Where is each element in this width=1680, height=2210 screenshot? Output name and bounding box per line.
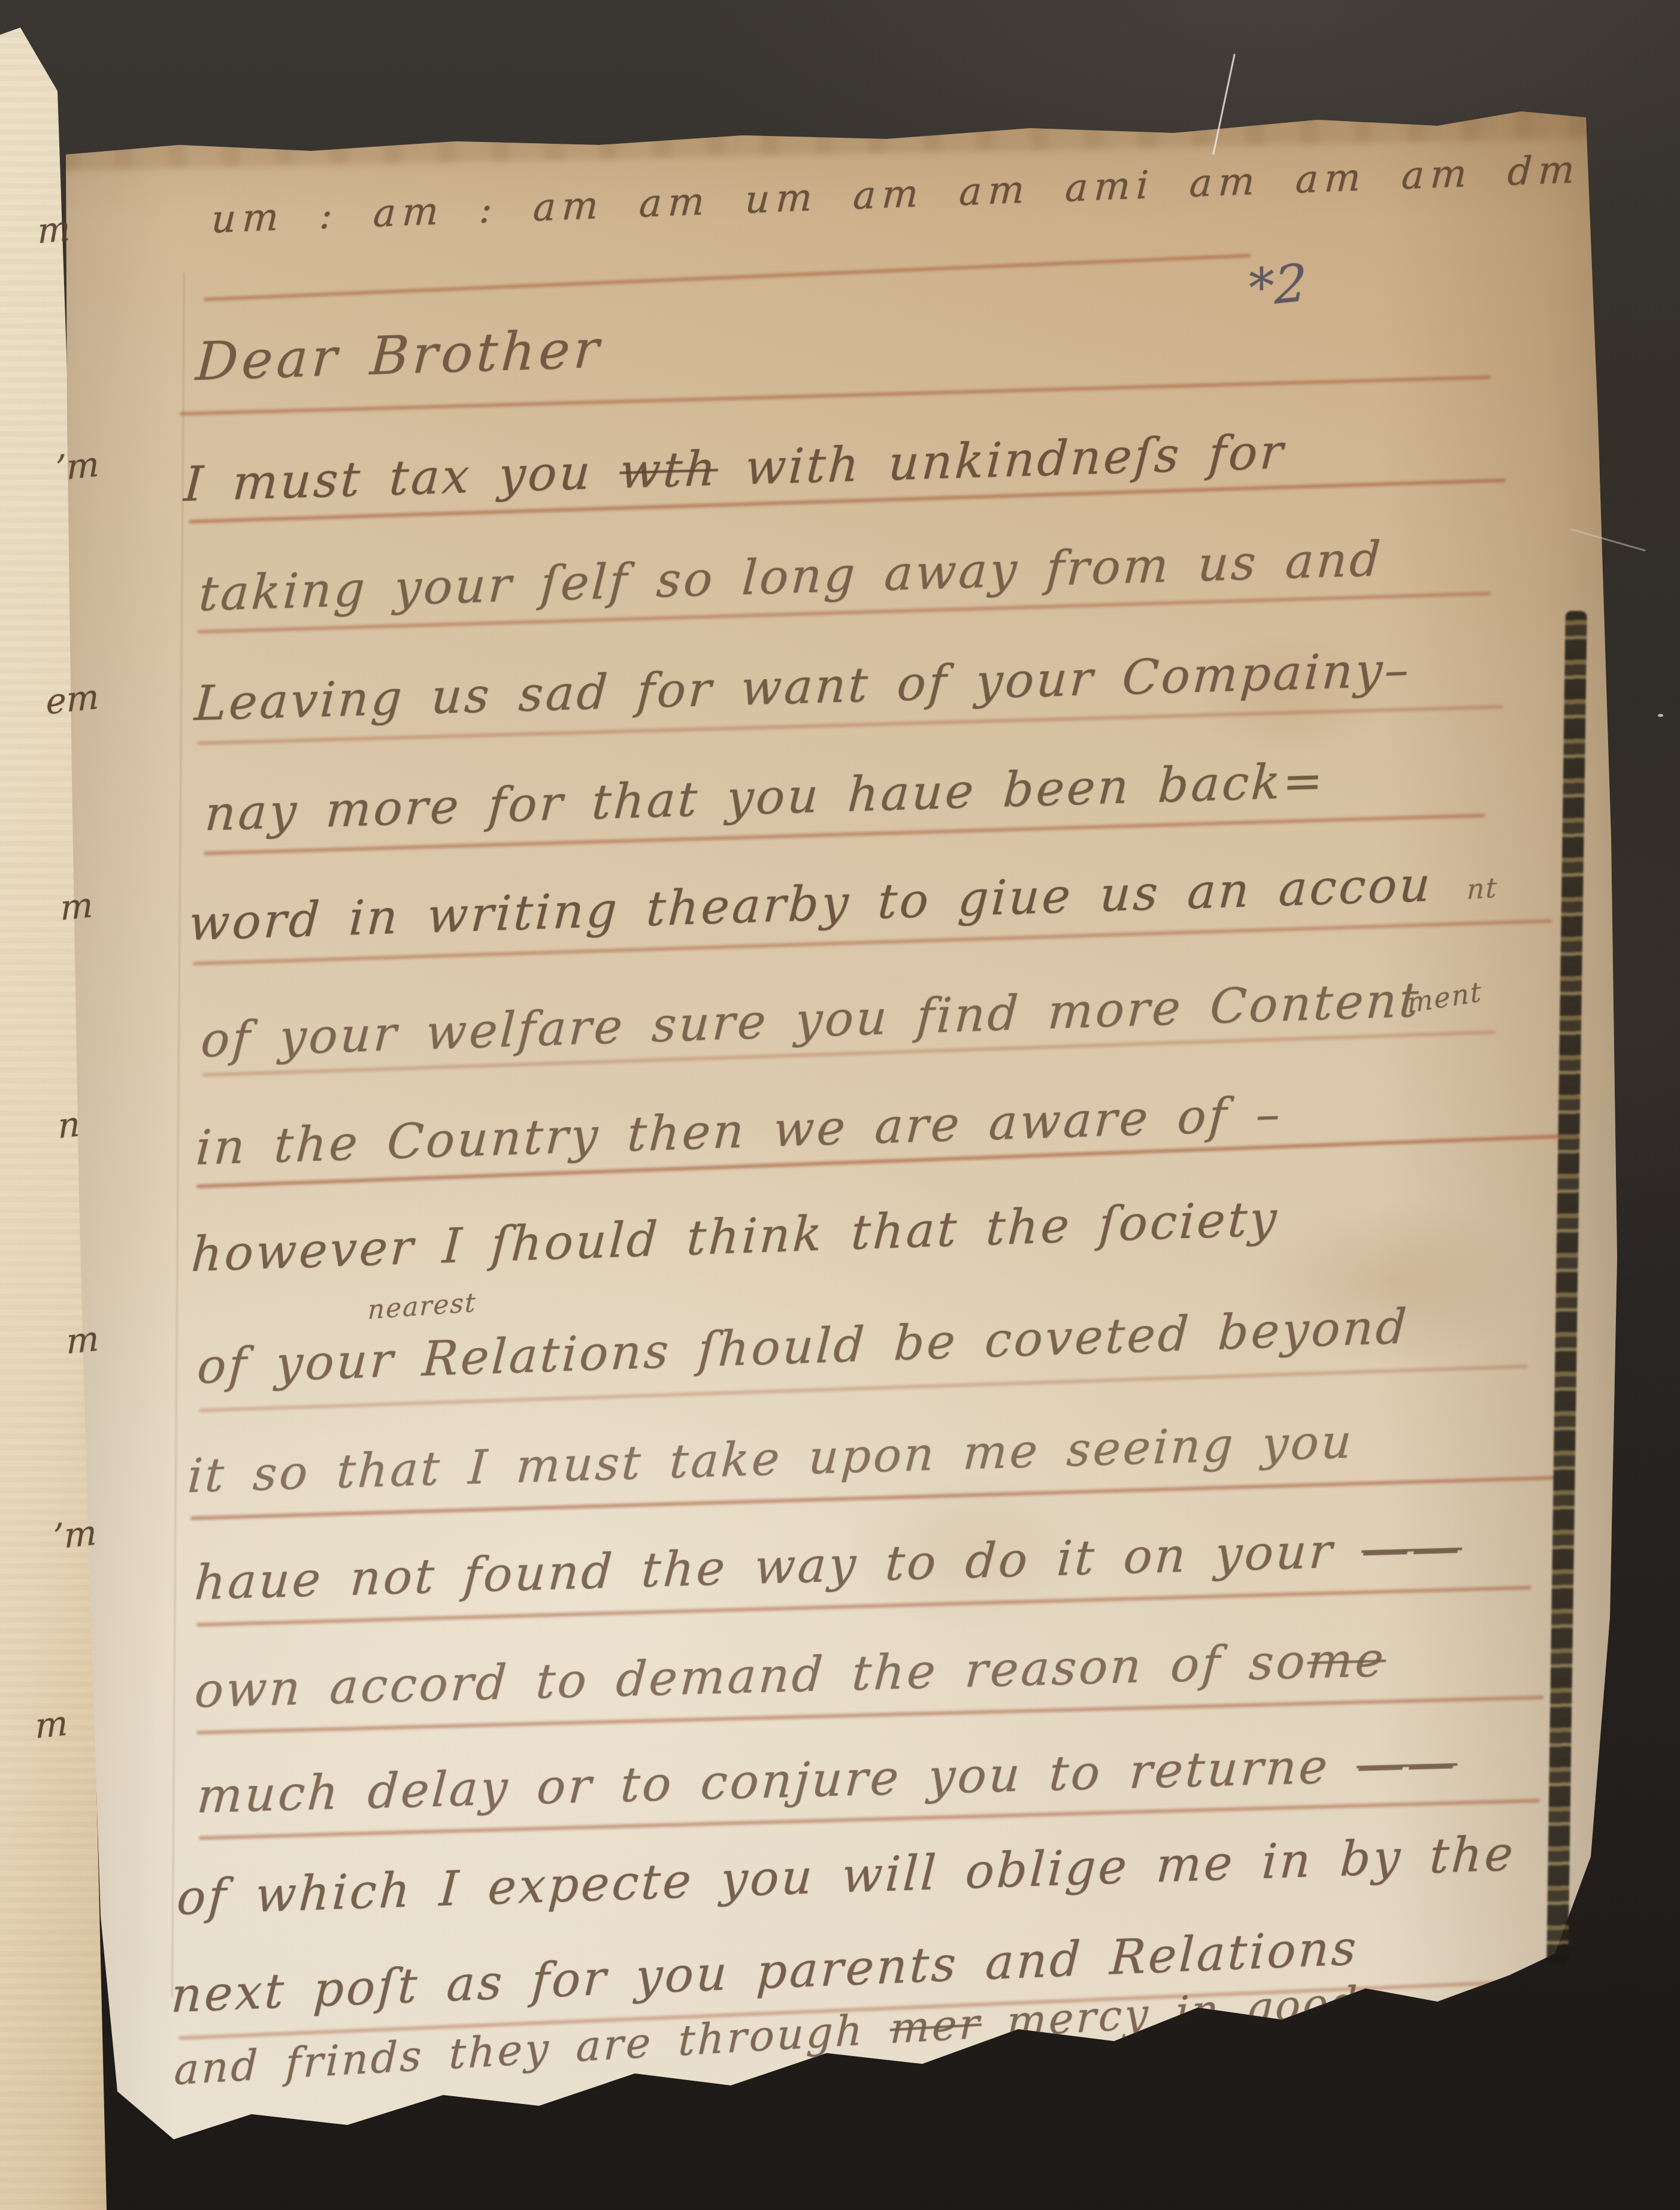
margin-letter: em bbox=[46, 676, 99, 723]
struck-word: mer bbox=[889, 1999, 982, 2053]
line-segment: I must tax you bbox=[183, 443, 622, 512]
manuscript-line: haue not found the way to do it on your … bbox=[193, 1519, 1464, 1610]
margin-letter: m bbox=[60, 884, 93, 928]
manuscript-line: nay more for that you haue been back= bbox=[204, 752, 1327, 841]
manuscript-line: Leaving us sad for want of your Compainy… bbox=[193, 641, 1412, 731]
line-segment: with unkindneſs for bbox=[716, 423, 1287, 496]
line-segment: of which I expecte you will oblige me in… bbox=[175, 1825, 1517, 1926]
manuscript-line: of which I expecte you will oblige me in… bbox=[175, 1825, 1517, 1926]
struck-word: wth bbox=[618, 441, 719, 499]
margin-letter: m bbox=[37, 207, 71, 252]
margin-letter: n bbox=[57, 1103, 80, 1146]
line-segment: however I ſhould think that the ſociety bbox=[190, 1191, 1281, 1282]
struck-scribble: —— bbox=[1355, 1735, 1460, 1794]
margin-letter: ’m bbox=[55, 443, 99, 489]
page-number-mark: *2 bbox=[1249, 253, 1307, 319]
manuscript-line: word in writing thearby to giue us an ac… bbox=[187, 856, 1434, 951]
interlinear-insertion: nt bbox=[1466, 871, 1499, 906]
manuscript-line: I must tax you wth with unkindneſs for bbox=[183, 423, 1287, 512]
dust-fleck-icon bbox=[1658, 714, 1663, 717]
struck-word: me bbox=[1306, 1631, 1388, 1690]
line-segment: in the Country then we are aware of – bbox=[195, 1086, 1284, 1176]
margin-letter: m bbox=[66, 1318, 99, 1362]
manuscript-photo: um : am : am am um am am ami am am am dm… bbox=[0, 0, 1680, 2210]
line-segment: word in writing thearby to giue us an ac… bbox=[187, 856, 1434, 951]
ruled-guide-line bbox=[204, 254, 1251, 301]
line-segment: taking your ſelf so long away from us an… bbox=[198, 531, 1385, 622]
manuscript-line: however I ſhould think that the ſociety bbox=[190, 1191, 1281, 1282]
struck-scribble: —— bbox=[1360, 1519, 1464, 1578]
line-segment: nay more for that you haue been back= bbox=[204, 752, 1327, 841]
manuscript-page: um : am : am am um am am ami am am am dm… bbox=[0, 0, 1680, 2210]
margin-crease-line bbox=[171, 273, 185, 1997]
margin-letter: ’m bbox=[53, 1512, 97, 1557]
interlinear-insertion: nearest bbox=[367, 1287, 477, 1325]
line-segment: Leaving us sad for want of your Compainy… bbox=[193, 641, 1412, 731]
salutation-line: Dear Brother bbox=[194, 318, 604, 393]
manuscript-line: in the Country then we are aware of – bbox=[195, 1086, 1284, 1176]
manuscript-line: taking your ſelf so long away from us an… bbox=[198, 531, 1385, 622]
margin-letter: m bbox=[35, 1702, 68, 1746]
manuscript-line: much delay or to conjure you to returne … bbox=[195, 1735, 1459, 1824]
